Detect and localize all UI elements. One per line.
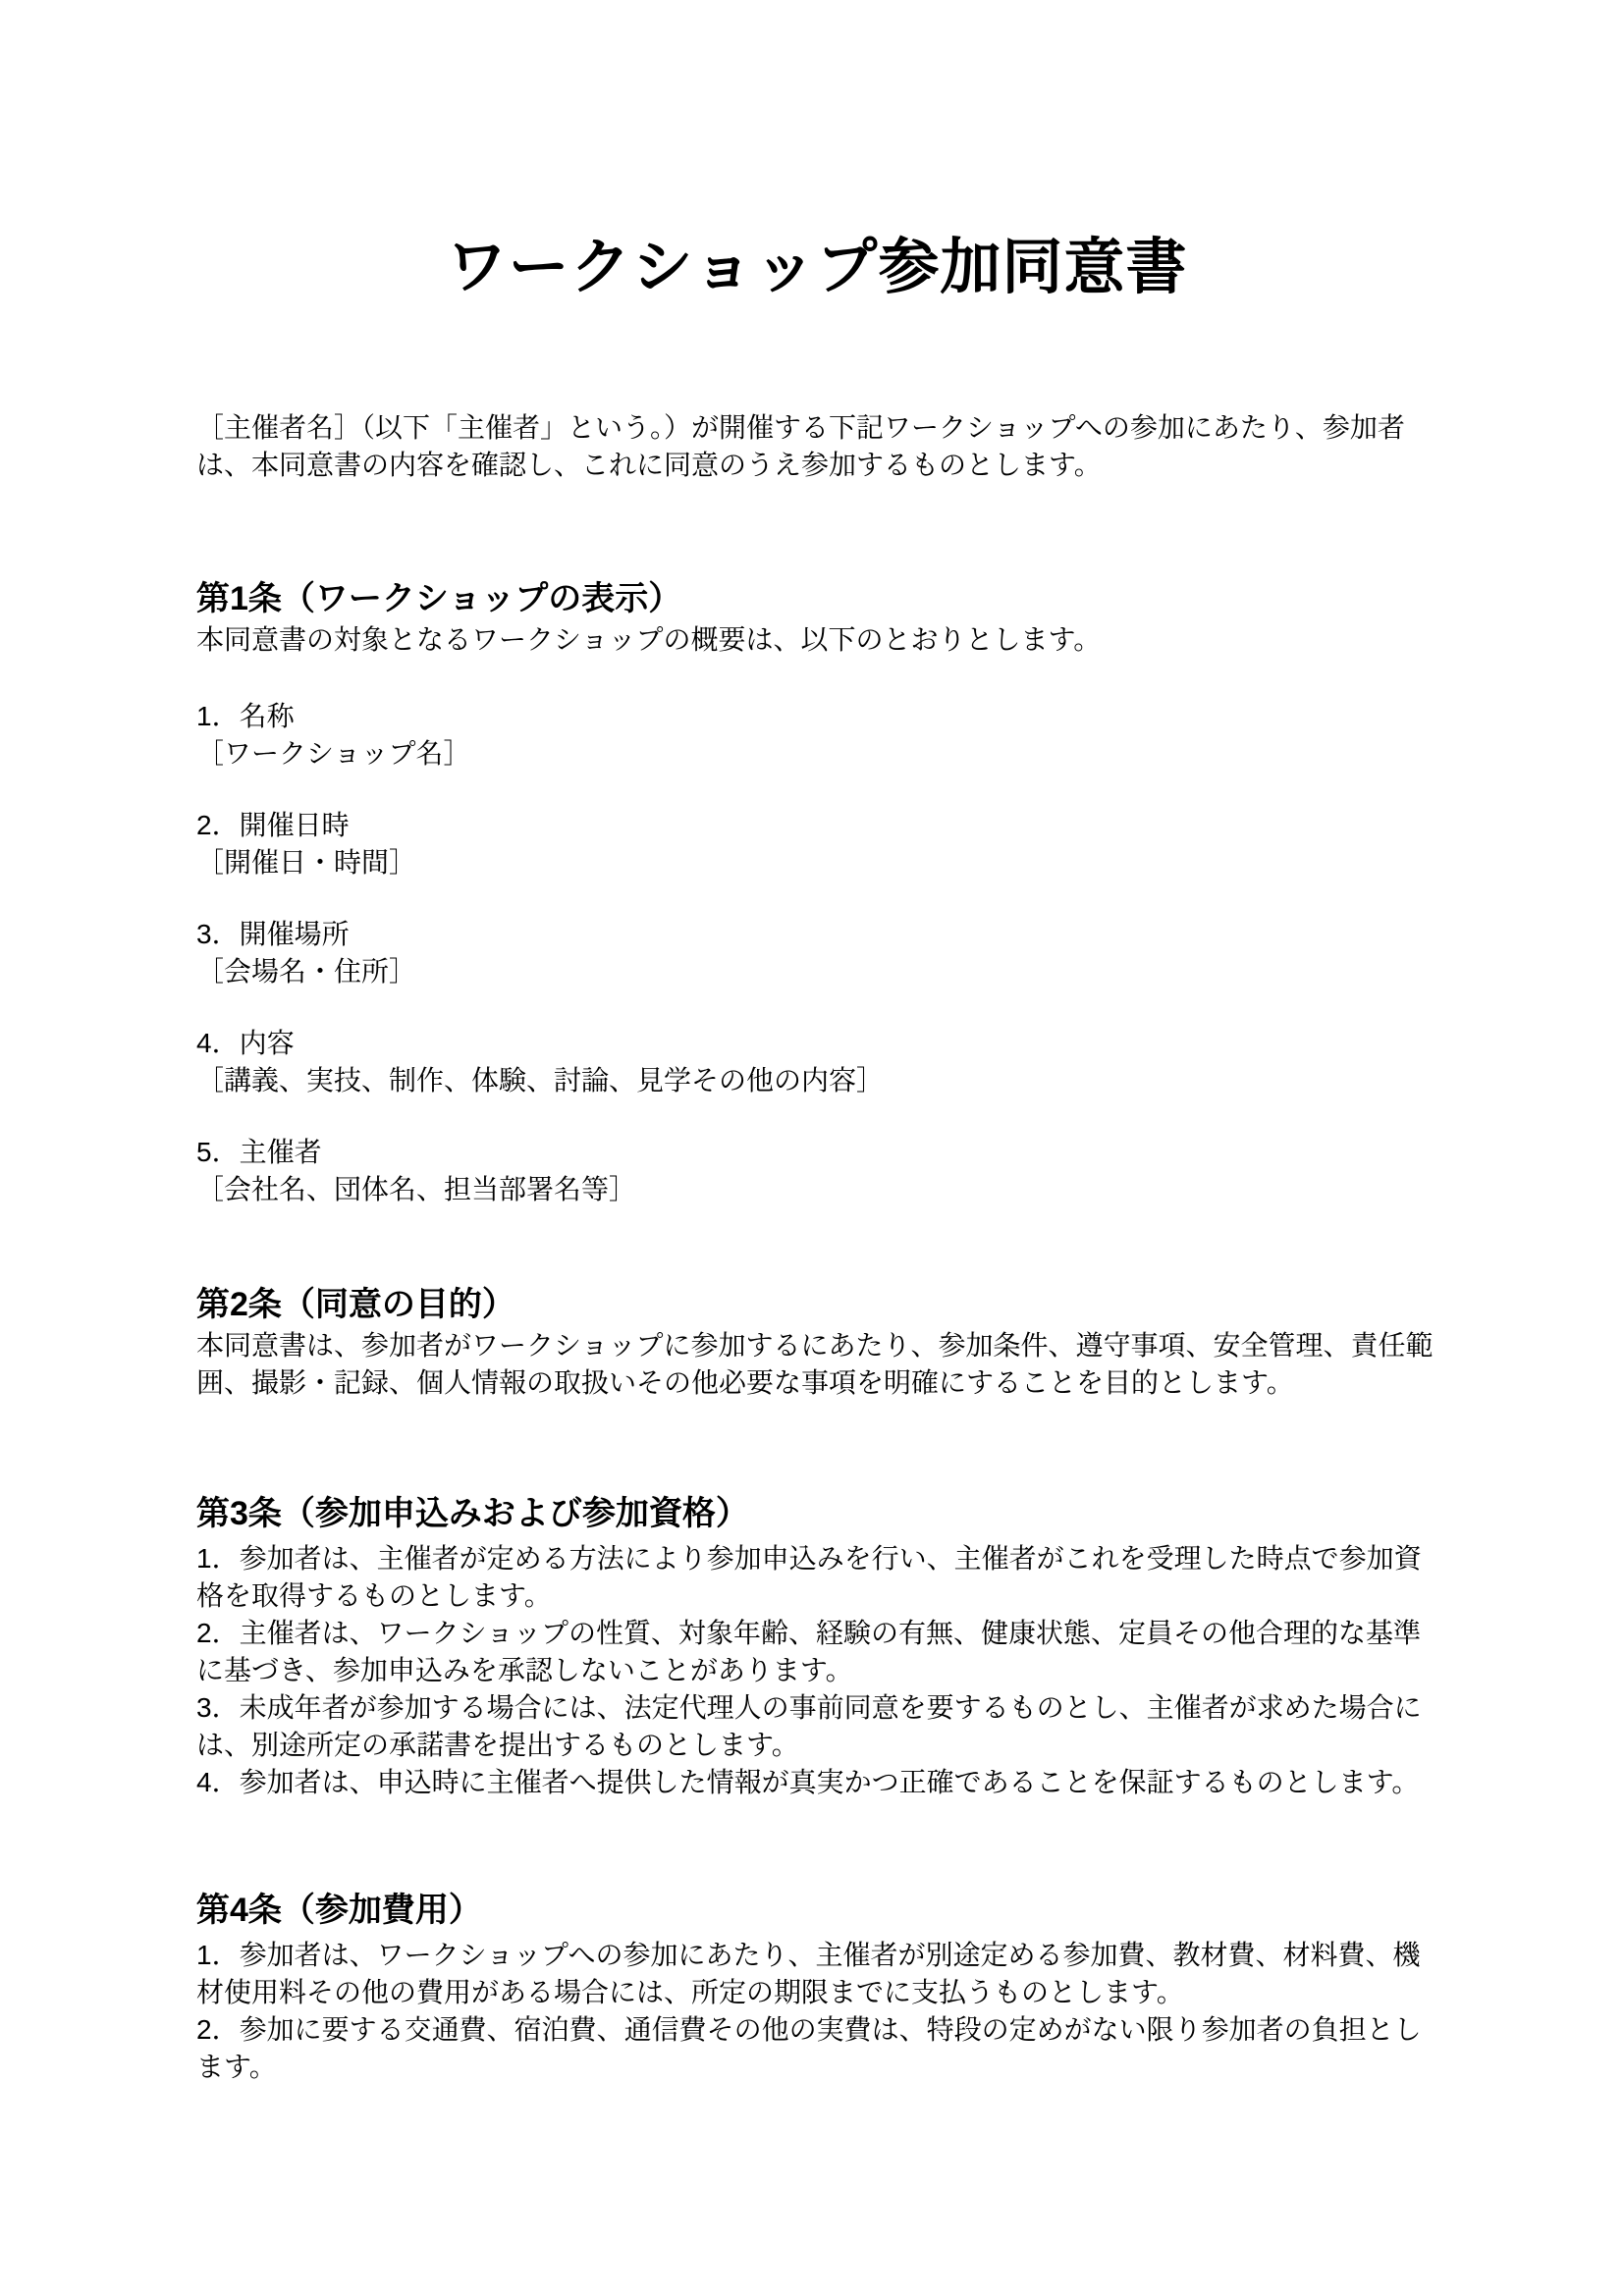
document-page: ワークショップ参加同意書 ［主催者名］（以下「主催者」という。）が開催する下記ワ… bbox=[0, 0, 1624, 2296]
article-2-body: 本同意書は、参加者がワークショップに参加するにあたり、参加条件、遵守事項、安全管… bbox=[196, 1327, 1437, 1402]
article-4-clause-1: 1．参加者は、ワークショップへの参加にあたり、主催者が別途定める参加費、教材費、… bbox=[196, 1937, 1437, 2011]
article-1-workshop-details: 第1条（ワークショップの表示） 本同意書の対象となるワークショップの概要は、以下… bbox=[196, 576, 1437, 1208]
workshop-item-venue-label: 3．開催場所 bbox=[196, 916, 1437, 953]
workshop-item-content-label: 4．内容 bbox=[196, 1025, 1437, 1062]
article-3-clause-2: 2．主催者は、ワークショップの性質、対象年齢、経験の有無、健康状態、定員その他合… bbox=[196, 1615, 1437, 1689]
workshop-item-organizer-placeholder: ［会社名、団体名、担当部署名等］ bbox=[196, 1171, 1437, 1208]
workshop-item-datetime-label: 2．開催日時 bbox=[196, 807, 1437, 844]
workshop-item-datetime: 2．開催日時 ［開催日・時間］ bbox=[196, 807, 1437, 881]
workshop-item-organizer-label: 5．主催者 bbox=[196, 1134, 1437, 1171]
article-2-heading: 第2条（同意の目的） bbox=[196, 1282, 1437, 1327]
intro-paragraph: ［主催者名］（以下「主催者」という。）が開催する下記ワークショップへの参加にあた… bbox=[196, 409, 1437, 484]
workshop-item-organizer: 5．主催者 ［会社名、団体名、担当部署名等］ bbox=[196, 1134, 1437, 1208]
article-3-clause-1: 1．参加者は、主催者が定める方法により参加申込みを行い、主催者がこれを受理した時… bbox=[196, 1540, 1437, 1615]
article-4-clauses: 1．参加者は、ワークショップへの参加にあたり、主催者が別途定める参加費、教材費、… bbox=[196, 1937, 1437, 2086]
article-3-clause-3: 3．未成年者が参加する場合には、法定代理人の事前同意を要するものとし、主催者が求… bbox=[196, 1689, 1437, 1764]
article-1-heading: 第1条（ワークショップの表示） bbox=[196, 576, 1437, 621]
workshop-item-datetime-placeholder: ［開催日・時間］ bbox=[196, 844, 1437, 881]
document-title: ワークショップ参加同意書 bbox=[196, 233, 1437, 303]
article-2-purpose: 第2条（同意の目的） 本同意書は、参加者がワークショップに参加するにあたり、参加… bbox=[196, 1282, 1437, 1402]
workshop-item-name-placeholder: ［ワークショップ名］ bbox=[196, 735, 1437, 773]
article-4-clause-2: 2．参加に要する交通費、宿泊費、通信費その他の実費は、特段の定めがない限り参加者… bbox=[196, 2011, 1437, 2086]
article-1-lead: 本同意書の対象となるワークショップの概要は、以下のとおりとします。 bbox=[196, 621, 1437, 659]
article-3-heading: 第3条（参加申込みおよび参加資格） bbox=[196, 1491, 1437, 1536]
workshop-item-name: 1．名称 ［ワークショップ名］ bbox=[196, 698, 1437, 773]
workshop-item-name-label: 1．名称 bbox=[196, 698, 1437, 735]
workshop-item-venue-placeholder: ［会場名・住所］ bbox=[196, 953, 1437, 990]
article-4-fees: 第4条（参加費用） 1．参加者は、ワークショップへの参加にあたり、主催者が別途定… bbox=[196, 1888, 1437, 2086]
article-3-application-eligibility: 第3条（参加申込みおよび参加資格） 1．参加者は、主催者が定める方法により参加申… bbox=[196, 1491, 1437, 1801]
article-4-heading: 第4条（参加費用） bbox=[196, 1888, 1437, 1933]
article-3-clause-4: 4．参加者は、申込時に主催者へ提供した情報が真実かつ正確であることを保証するもの… bbox=[196, 1764, 1437, 1801]
article-3-clauses: 1．参加者は、主催者が定める方法により参加申込みを行い、主催者がこれを受理した時… bbox=[196, 1540, 1437, 1801]
workshop-item-content-placeholder: ［講義、実技、制作、体験、討論、見学その他の内容］ bbox=[196, 1062, 1437, 1099]
workshop-item-venue: 3．開催場所 ［会場名・住所］ bbox=[196, 916, 1437, 990]
workshop-item-content: 4．内容 ［講義、実技、制作、体験、討論、見学その他の内容］ bbox=[196, 1025, 1437, 1099]
